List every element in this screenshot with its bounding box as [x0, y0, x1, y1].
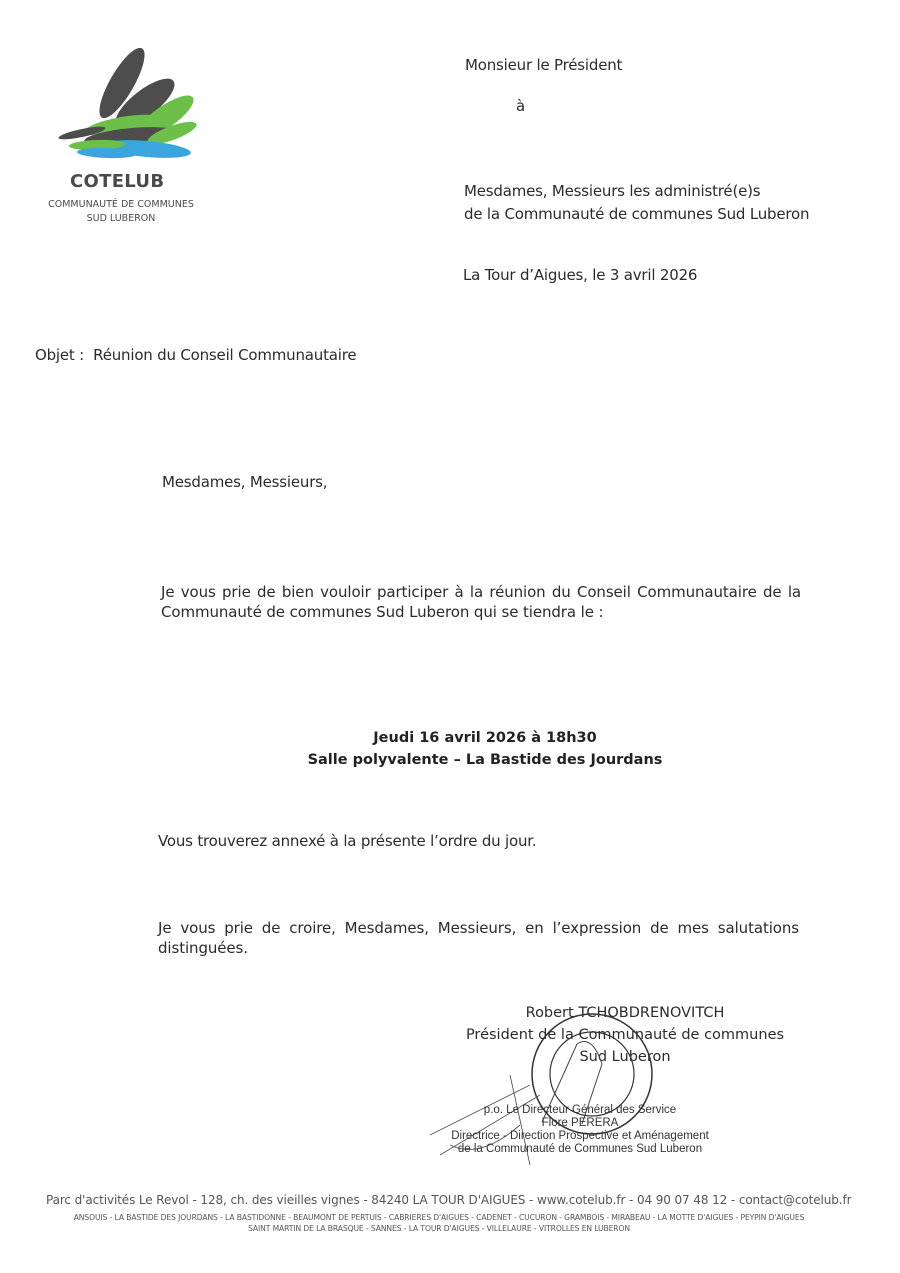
annex-paragraph: Vous trouverez annexé à la présente l’or…	[158, 832, 536, 850]
delegation-line3: Directrice - Direction Prospective et Am…	[430, 1130, 730, 1143]
logo-mark-icon	[47, 45, 197, 165]
recipient-line3: Mesdames, Messieurs les administré(e)s	[464, 182, 760, 200]
logo-subtitle-line2: SUD LUBERON	[45, 212, 197, 226]
recipient-line1: Monsieur le Président	[465, 56, 622, 74]
meeting-location: Salle polyvalente – La Bastide des Jourd…	[300, 749, 670, 771]
subject-label: Objet :	[35, 346, 84, 364]
meeting-details: Jeudi 16 avril 2026 à 18h30 Salle polyva…	[300, 727, 670, 771]
delegation-line1: p.o. Le Directeur Général des Service	[430, 1104, 730, 1117]
invitation-paragraph: Je vous prie de bien vouloir participer …	[161, 582, 801, 622]
delegation-line2: Flore PERERA	[430, 1117, 730, 1130]
logo-subtitle-line1: COMMUNAUTÉ DE COMMUNES	[45, 198, 197, 212]
subject-line: Objet : Réunion du Conseil Communautaire	[35, 346, 356, 364]
recipient-line2: à	[516, 97, 525, 115]
meeting-datetime: Jeudi 16 avril 2026 à 18h30	[300, 727, 670, 749]
salutation: Mesdames, Messieurs,	[162, 473, 327, 491]
closing-paragraph: Je vous prie de croire, Mesdames, Messie…	[158, 918, 799, 958]
logo-name: COTELUB	[70, 171, 164, 192]
logo-subtitle: COMMUNAUTÉ DE COMMUNES SUD LUBERON	[45, 198, 197, 226]
footer-communes-line2: SAINT MARTIN DE LA BRASQUE - SANNES - LA…	[46, 1224, 832, 1233]
subject-text: Réunion du Conseil Communautaire	[93, 346, 356, 364]
recipient-line4: de la Communauté de communes Sud Luberon	[464, 205, 809, 223]
footer-communes-line1: ANSOUIS - LA BASTIDE DES JOURDANS - LA B…	[46, 1213, 832, 1222]
logo: COTELUB COMMUNAUTÉ DE COMMUNES SUD LUBER…	[45, 45, 200, 235]
footer-address: Parc d'activités Le Revol - 128, ch. des…	[46, 1193, 851, 1207]
delegation-line4: de la Communauté de Communes Sud Luberon	[430, 1143, 730, 1156]
place-date: La Tour d’Aigues, le 3 avril 2026	[463, 266, 697, 284]
delegation-block: p.o. Le Directeur Général des Service Fl…	[430, 1104, 730, 1156]
